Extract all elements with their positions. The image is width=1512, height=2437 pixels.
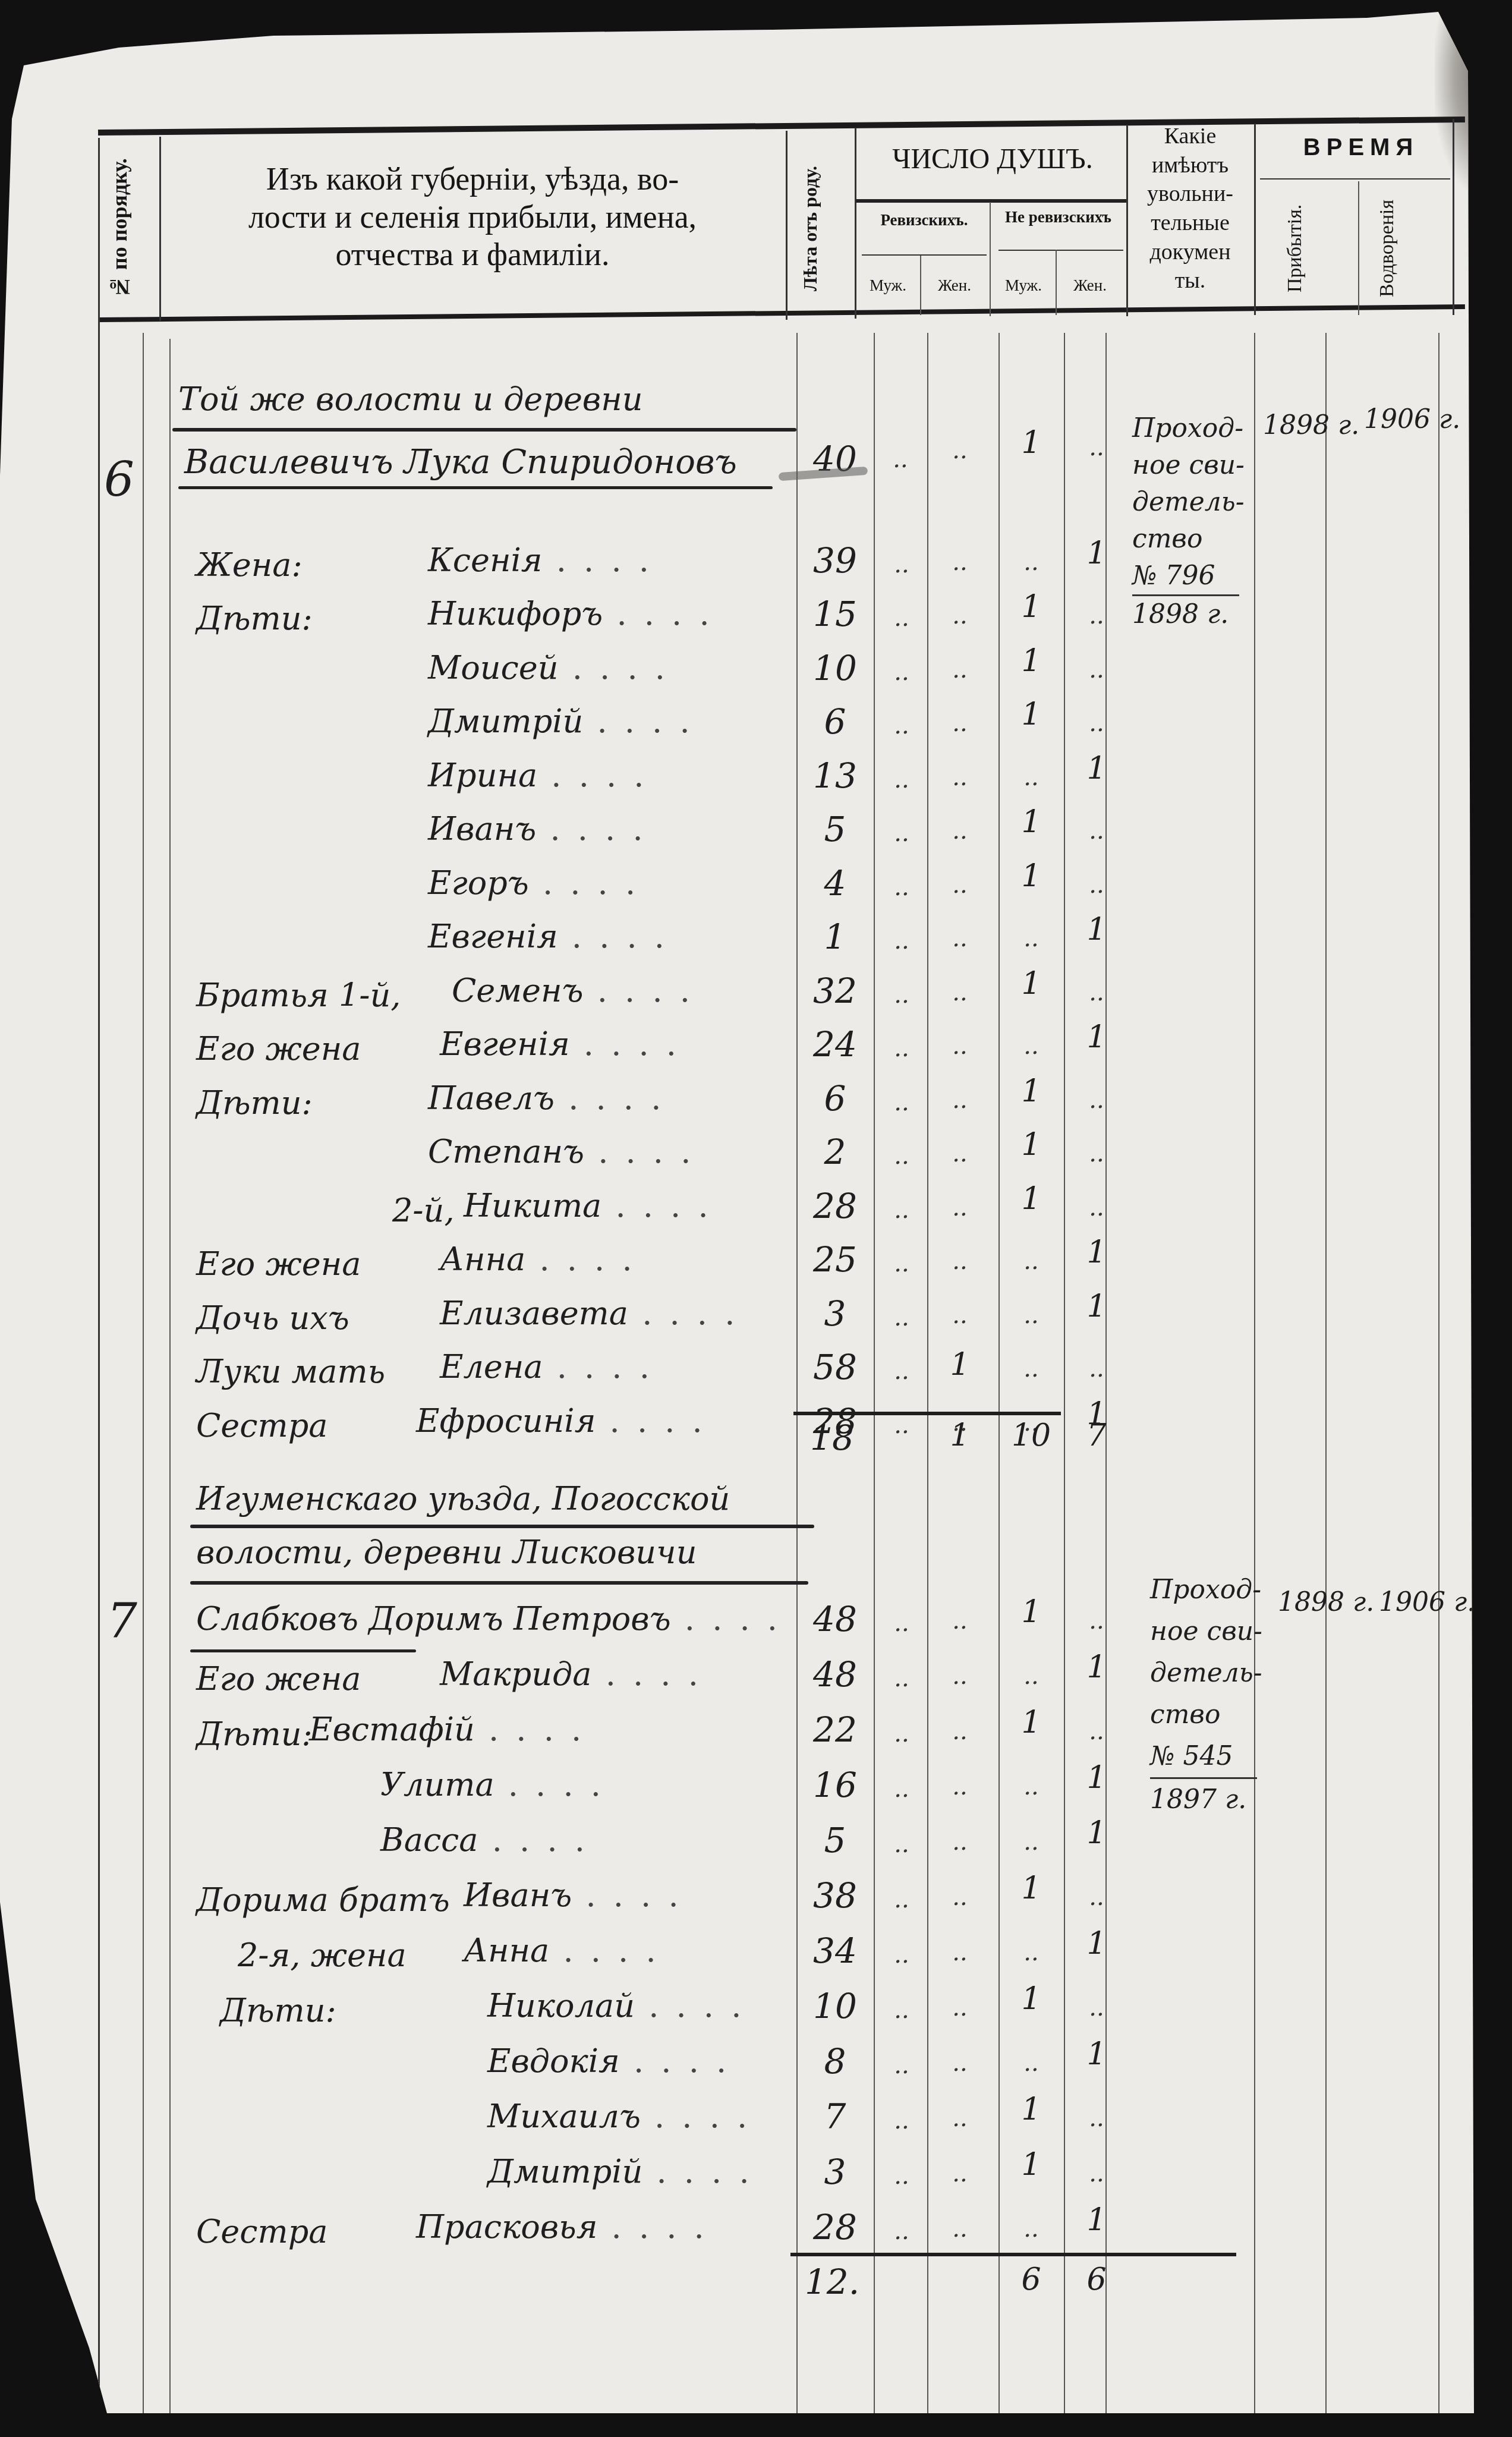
leader-dots: . . . . — [597, 2208, 707, 2246]
family-7-origin-line-2: волости, деревни Лисковичи — [196, 1534, 697, 1571]
leader-dots: . . . . — [592, 1655, 702, 1693]
header-documents-line-2: имѣютъ — [1129, 151, 1251, 180]
nonrev-female: .. — [1070, 656, 1123, 684]
member-age: 39 — [799, 540, 871, 581]
body-rule-age — [796, 333, 798, 2413]
nonrev-female: .. — [1070, 1884, 1123, 1911]
nonrev-female: .. — [1070, 1140, 1123, 1167]
total-rev-female: 1 — [933, 1418, 987, 1453]
nonrev-male: 1 — [1004, 643, 1058, 679]
rev-male: .. — [875, 712, 928, 739]
leader-dots: . . . . — [494, 1766, 604, 1803]
nonrev-male: .. — [1004, 1355, 1058, 1383]
time-sub-rule — [1260, 178, 1450, 180]
leader-dots: . . . . — [558, 918, 668, 955]
member-relation: Дѣти: — [196, 600, 313, 637]
rev-male: .. — [875, 2218, 928, 2245]
rev-female: .. — [933, 1773, 987, 1800]
body-rule-nonrev-f — [1064, 333, 1065, 2413]
member-age: 32 — [799, 971, 871, 1011]
member-name: Евдокія . . . . — [487, 2042, 730, 2080]
rev-female: .. — [933, 1718, 987, 1745]
header-top-rule — [98, 117, 1465, 136]
member-name: Иванъ . . . . — [464, 1876, 682, 1914]
member-age: 48 — [799, 1654, 871, 1695]
nonrev-female: 1 — [1070, 1926, 1123, 1961]
member-relation: Дѣти: — [196, 1084, 313, 1122]
leader-dots: . . . . — [572, 1876, 682, 1914]
member-age: 3 — [799, 1293, 871, 1334]
member-name-text: Николай — [487, 1987, 635, 2024]
member-name: Евгенія . . . . — [428, 918, 668, 955]
rev-male: .. — [875, 604, 928, 632]
rev-male: .. — [875, 927, 928, 955]
doc-line: детель- — [1150, 1652, 1262, 1694]
member-age: 16 — [799, 1765, 871, 1805]
nonrev-male: 1 — [1004, 1181, 1058, 1217]
rev-female: .. — [933, 1087, 987, 1114]
rev-female: .. — [933, 549, 987, 576]
rev-male: .. — [875, 1997, 928, 2024]
member-name: Ефросинія . . . . — [416, 1402, 706, 1440]
rev-male: .. — [875, 1250, 928, 1277]
member-name-text: Евгенія — [440, 1025, 570, 1063]
member-name: Анна . . . . — [464, 1932, 660, 1969]
doc-line: № 545 — [1150, 1736, 1257, 1779]
leader-dots: . . . . — [559, 649, 669, 687]
member-name-text: Евстафій — [309, 1711, 475, 1748]
nonrev-male: 1 — [1004, 425, 1058, 461]
rev-female: .. — [933, 1994, 987, 2022]
body-rule-nonrev-m — [998, 333, 1000, 2413]
nonrev-female: .. — [1070, 434, 1123, 461]
nonrev-male: .. — [1004, 1828, 1058, 1856]
member-name-text: Анна — [464, 1932, 549, 1969]
rev-male: .. — [875, 659, 928, 686]
rev-female: .. — [933, 1140, 987, 1167]
member-name: Улита . . . . — [380, 1766, 604, 1803]
leader-dots: . . . . — [529, 864, 639, 902]
header-rev-male: Муж. — [856, 276, 920, 295]
member-name: Дмитрій . . . . — [487, 2153, 753, 2190]
member-name: Никифоръ . . . . — [428, 595, 713, 632]
nonrev-female: .. — [1070, 1194, 1123, 1221]
family-6-origin: Той же волости и деревни — [178, 380, 643, 418]
member-age: 8 — [799, 2041, 871, 2082]
member-age: 34 — [799, 1931, 871, 1971]
rev-male: .. — [875, 1775, 928, 1803]
member-name-text: Улита — [380, 1766, 494, 1803]
member-name: Иванъ . . . . — [428, 810, 647, 848]
member-age: 5 — [799, 1820, 871, 1860]
member-name: Евгенія . . . . — [440, 1025, 680, 1063]
header-documents-line-6: ты. — [1129, 266, 1251, 295]
total-nonrev-female: 7 — [1070, 1418, 1123, 1453]
header-rule-5 — [1254, 124, 1256, 315]
leader-dots: . . . . — [536, 810, 646, 848]
nonrev-female: .. — [1070, 1355, 1123, 1383]
member-age: 2 — [799, 1132, 871, 1172]
nonrev-male: 1 — [1004, 1871, 1058, 1906]
header-number: № по порядку. — [107, 143, 149, 315]
rev-female: .. — [933, 1939, 987, 1966]
rev-male: .. — [875, 2107, 928, 2134]
member-name-text: Ирина — [428, 757, 537, 794]
leader-dots: . . . . — [537, 757, 647, 794]
doc-line: 1898 г. — [1132, 596, 1245, 633]
family-6-total-rule — [793, 1412, 1061, 1415]
member-name-text: Анна — [440, 1240, 525, 1278]
nonrev-sub-rule — [998, 250, 1123, 251]
rev-male: .. — [875, 1720, 928, 1748]
family-7-total-rule — [790, 2253, 1236, 2256]
rev-male: .. — [875, 1089, 928, 1116]
header-nonrev-female: Жен. — [1057, 276, 1123, 295]
member-name-text: Васса — [380, 1821, 478, 1859]
member-age: 6 — [799, 701, 871, 742]
nonrev-female: 1 — [1070, 2036, 1123, 2072]
doc-line: Проход- — [1132, 410, 1245, 447]
rev-female: .. — [933, 710, 987, 737]
doc-line: ное сви- — [1132, 447, 1245, 484]
nonrev-female: .. — [1070, 1994, 1123, 2022]
member-age: 10 — [799, 1986, 871, 2026]
member-relation: Братья 1-й, — [196, 977, 401, 1014]
header-non-revision: Не ревизскихъ — [991, 208, 1125, 227]
member-name: Прасковья . . . . — [416, 2208, 708, 2246]
member-relation: Сестра — [196, 1407, 327, 1444]
member-name: Слабковъ Доримъ Петровъ . . . . — [196, 1600, 781, 1638]
member-age: 24 — [799, 1024, 871, 1065]
member-name-text: Егоръ — [428, 864, 529, 902]
member-name: Василевичъ Лука Спиридоновъ — [184, 443, 737, 481]
member-name: Елена . . . . — [440, 1348, 653, 1386]
member-name-text: Дмитрій — [428, 703, 583, 740]
member-age: 4 — [799, 863, 871, 903]
nonrev-male: .. — [1004, 2215, 1058, 2243]
member-name-text: Дмитрій — [487, 2153, 642, 2190]
nonrev-male: 1 — [1004, 2147, 1058, 2183]
body-rule-settlement — [1325, 333, 1327, 2413]
member-name-text: Елизавета — [440, 1295, 628, 1332]
member-relation: Луки мать — [196, 1353, 385, 1390]
nonrev-female: .. — [1070, 817, 1123, 845]
body-rule-number — [143, 333, 144, 2413]
member-age: 10 — [799, 648, 871, 688]
rev-male: .. — [875, 1358, 928, 1385]
family-7-surname-underline — [190, 1649, 416, 1652]
rev-female: .. — [933, 2105, 987, 2132]
rev-male: .. — [875, 1886, 928, 1913]
member-relation: Его жена — [196, 1660, 361, 1698]
member-name-text: Елена — [440, 1348, 543, 1386]
header-documents-line-5: докумен — [1129, 238, 1251, 267]
rev-female: .. — [933, 1302, 987, 1329]
nonrev-male: 1 — [1004, 589, 1058, 625]
rev-female: .. — [933, 817, 987, 845]
nonrev-female: 1 — [1070, 1019, 1123, 1055]
header-origin-line-1: Изъ какой губерніи, уѣзда, во- — [172, 160, 773, 199]
header-origin: Изъ какой губерніи, уѣзда, во- лости и с… — [172, 160, 773, 274]
member-name: Васса . . . . — [380, 1821, 588, 1859]
nonrev-female: .. — [1070, 1087, 1123, 1114]
header-age: Лѣта отъ роду. — [799, 143, 841, 315]
nonrev-female: .. — [1070, 2160, 1123, 2187]
header-rule-4 — [1126, 125, 1128, 316]
rev-male: .. — [875, 1304, 928, 1331]
header-rule-2 — [786, 131, 787, 320]
member-name: Ксенія . . . . — [428, 541, 653, 579]
member-name: Елизавета . . . . — [440, 1295, 738, 1332]
member-relation: 2-й, — [392, 1192, 455, 1229]
nonrev-female: 1 — [1070, 536, 1123, 571]
leader-dots: . . . . — [641, 2098, 751, 2135]
doc-line: 1897 г. — [1150, 1779, 1262, 1821]
member-name-text: Михаилъ — [487, 2098, 641, 2135]
member-age: 22 — [799, 1709, 871, 1750]
time-split-rule — [1358, 181, 1359, 315]
leader-dots: . . . . — [584, 1133, 694, 1170]
member-name-text: Иванъ — [428, 810, 536, 848]
rev-male: .. — [875, 874, 928, 901]
nonrev-male: .. — [1004, 925, 1058, 952]
nonrev-male: 1 — [1004, 1594, 1058, 1630]
member-name-text: Евгенія — [428, 918, 558, 955]
rev-male: .. — [875, 1941, 928, 1969]
leader-dots: . . . . — [620, 2042, 730, 2080]
leader-dots: . . . . — [642, 2153, 752, 2190]
member-age: 15 — [799, 594, 871, 634]
rev-male: .. — [875, 820, 928, 847]
member-age: 48 — [799, 1599, 871, 1639]
rev-female: .. — [933, 2160, 987, 2187]
nonrev-male: 1 — [1004, 2092, 1058, 2127]
leader-dots: . . . . — [543, 541, 653, 579]
member-name-text: Семенъ — [452, 972, 584, 1009]
header-origin-line-3: отчества и фамиліи. — [172, 236, 773, 274]
family-6-arrival: 1898 г. — [1263, 410, 1359, 440]
rev-male: .. — [874, 446, 927, 473]
header-settlement: Водворенія — [1376, 184, 1423, 312]
body-rule-name — [169, 339, 171, 2413]
header-documents-line-3: увольни- — [1129, 180, 1251, 209]
rev-female: .. — [933, 1663, 987, 1690]
header-time: ВРЕМЯ — [1272, 134, 1450, 162]
rev-nonrev-rule — [990, 202, 991, 316]
rev-male: .. — [875, 981, 928, 1009]
family-7-origin-line-1: Игуменскаго уѣзда, Погосской — [196, 1480, 730, 1517]
rev-female: .. — [933, 1248, 987, 1275]
nonrev-male: .. — [1004, 764, 1058, 791]
rev-female: .. — [933, 656, 987, 684]
member-name: Михаилъ . . . . — [487, 2098, 751, 2135]
rev-female: .. — [933, 871, 987, 899]
total-count: 12. — [796, 2262, 868, 2302]
header-rule-6 — [1453, 119, 1454, 315]
doc-line: детель- — [1132, 484, 1245, 521]
family-7-arrival: 1898 г. — [1278, 1587, 1374, 1617]
rev-female: .. — [933, 925, 987, 952]
header-rev-female: Жен. — [921, 276, 988, 295]
member-name-text: Иванъ — [464, 1876, 572, 1914]
leader-dots: . . . . — [584, 972, 694, 1009]
rev-male: .. — [875, 551, 928, 578]
member-relation: Дорима братъ — [196, 1881, 450, 1919]
nonrev-female: 1 — [1070, 1649, 1123, 1685]
member-name: Николай . . . . — [487, 1987, 745, 2024]
nonrev-female: .. — [1070, 602, 1123, 629]
header-revision: Ревизскихъ. — [859, 211, 990, 230]
doc-line: ное сви- — [1150, 1611, 1262, 1652]
nonrev-male: .. — [1004, 2049, 1058, 2077]
rev-male: .. — [875, 766, 928, 794]
family-6-settlement: 1906 г. — [1364, 404, 1460, 434]
family-6-document: Проход- ное сви- детель- ство № 796 1898… — [1132, 410, 1245, 633]
member-name: Дмитрій . . . . — [428, 703, 694, 740]
nonrev-female: 1 — [1070, 1815, 1123, 1851]
member-name-text: Никифоръ — [428, 595, 603, 632]
member-age: 58 — [799, 1347, 871, 1387]
member-name-text: Ксенія — [428, 541, 543, 579]
member-name-text: Никита — [464, 1187, 601, 1224]
family-7-settlement: 1906 г. — [1379, 1587, 1475, 1617]
family-7-number: 7 — [107, 1593, 137, 1648]
nonrev-female: .. — [1070, 979, 1123, 1006]
rule-left — [98, 138, 100, 2426]
rev-female: .. — [933, 979, 987, 1006]
nonrev-female: .. — [1070, 2105, 1123, 2132]
header-documents-line-1: Какіе — [1129, 122, 1251, 151]
nonrev-male: 1 — [1004, 1981, 1058, 2017]
member-age: 28 — [799, 1186, 871, 1226]
member-name-text: Макрида — [440, 1655, 592, 1693]
nonrev-female: 1 — [1070, 1235, 1123, 1270]
member-name: Моисей . . . . — [428, 649, 669, 687]
rev-male: .. — [875, 1197, 928, 1224]
family-7-origin-underline-2 — [190, 1581, 808, 1585]
member-name: Степанъ . . . . — [428, 1133, 694, 1170]
leader-dots: . . . . — [549, 1932, 659, 1969]
nonrev-male: 1 — [1004, 804, 1058, 840]
nonrev-female: .. — [1070, 871, 1123, 899]
nonrev-female: 1 — [1070, 1760, 1123, 1796]
header-bottom-rule — [98, 304, 1465, 322]
header-documents-line-4: тельные — [1129, 209, 1251, 238]
rev-male: .. — [875, 2162, 928, 2190]
doc-line: Проход- — [1150, 1569, 1262, 1611]
total-count: 18 — [796, 1418, 868, 1458]
total-nonrev-male: 6 — [1004, 2262, 1058, 2297]
member-name: Макрида . . . . — [440, 1655, 702, 1693]
rev-male: .. — [875, 1142, 928, 1170]
member-name-text: Евдокія — [487, 2042, 620, 2080]
member-name: Евстафій . . . . — [309, 1711, 585, 1748]
member-age: 5 — [799, 809, 871, 849]
rev-female: .. — [933, 1607, 987, 1635]
member-age: 7 — [799, 2096, 871, 2137]
member-relation: Его жена — [196, 1030, 361, 1068]
member-age: 13 — [799, 755, 871, 796]
nonrev-male: .. — [1004, 1663, 1058, 1690]
leader-dots: . . . . — [601, 1187, 711, 1224]
leader-dots: . . . . — [475, 1711, 585, 1748]
member-age: 38 — [799, 1875, 871, 1916]
rev-male: .. — [875, 1831, 928, 1858]
rev-female: 1 — [933, 1347, 987, 1383]
nonrev-male: 1 — [1004, 1705, 1058, 1740]
nonrev-female: .. — [1070, 1607, 1123, 1635]
rev-male: .. — [875, 1035, 928, 1062]
nonrev-male: 1 — [1004, 1127, 1058, 1163]
nonrev-female: .. — [1070, 710, 1123, 737]
rev-female: .. — [933, 1032, 987, 1060]
member-relation: Дочь ихъ — [196, 1299, 349, 1337]
doc-line: ство — [1132, 521, 1245, 558]
rev-female: .. — [933, 1884, 987, 1911]
souls-sub-rule — [856, 199, 1126, 203]
member-name: Ирина . . . . — [428, 757, 648, 794]
member-age: 1 — [799, 917, 871, 957]
rev-female: .. — [933, 437, 987, 464]
member-name-text: Степанъ — [428, 1133, 584, 1170]
nonrev-male: 1 — [1004, 858, 1058, 894]
leader-dots: . . . . — [628, 1295, 738, 1332]
rev-male: .. — [875, 1665, 928, 1692]
nonrev-male: .. — [1004, 1773, 1058, 1800]
nonrev-male: .. — [1004, 1032, 1058, 1060]
nonrev-female: 1 — [1070, 2202, 1123, 2238]
member-name-text: Моисей — [428, 649, 559, 687]
member-age: 25 — [799, 1239, 871, 1280]
leader-dots: . . . . — [555, 1079, 664, 1117]
leader-dots: . . . . — [543, 1348, 653, 1386]
member-relation: Жена: — [196, 546, 303, 584]
header-origin-line-2: лости и селенія прибыли, имена, — [172, 199, 773, 237]
member-name-text: Павелъ — [428, 1079, 555, 1117]
rev-female: .. — [933, 602, 987, 629]
rev-male: .. — [875, 2052, 928, 2079]
header-souls: ЧИСЛО ДУШЪ. — [859, 143, 1126, 177]
rev-female: .. — [933, 1828, 987, 1856]
family-6-number: 6 — [104, 452, 134, 507]
member-age: 3 — [799, 2152, 871, 2192]
nonrev-male: .. — [1004, 1939, 1058, 1966]
nonrev-male: .. — [1004, 1248, 1058, 1275]
nonrev-male: 1 — [1004, 697, 1058, 732]
header-nonrev-male: Муж. — [991, 276, 1056, 295]
member-relation: Дѣти: — [196, 1715, 313, 1753]
doc-line: № 796 — [1132, 558, 1239, 596]
member-name-text: Ефросинія — [416, 1402, 596, 1440]
member-name-text: Прасковья — [416, 2208, 597, 2246]
total-nonrev-female: 6 — [1070, 2262, 1123, 2297]
member-relation: 2-я, жена — [238, 1937, 407, 1974]
rev-female: .. — [933, 2215, 987, 2243]
total-nonrev-male: 10 — [1004, 1418, 1058, 1453]
rev-female: .. — [933, 764, 987, 791]
family-7-origin-underline-1 — [190, 1525, 814, 1528]
header-arrival: Прибытія. — [1284, 184, 1331, 312]
member-relation: Его жена — [196, 1245, 361, 1283]
leader-dots: . . . . — [603, 595, 713, 632]
leader-dots: . . . . — [671, 1600, 781, 1638]
header-documents: Какіе имѣютъ увольни- тельные докумен ты… — [1129, 122, 1251, 295]
member-age: 6 — [799, 1078, 871, 1119]
nonrev-male: 1 — [1004, 966, 1058, 1002]
nonrev-male: .. — [1004, 549, 1058, 576]
family-6-head-underline — [178, 486, 773, 489]
leader-dots: . . . . — [570, 1025, 680, 1063]
